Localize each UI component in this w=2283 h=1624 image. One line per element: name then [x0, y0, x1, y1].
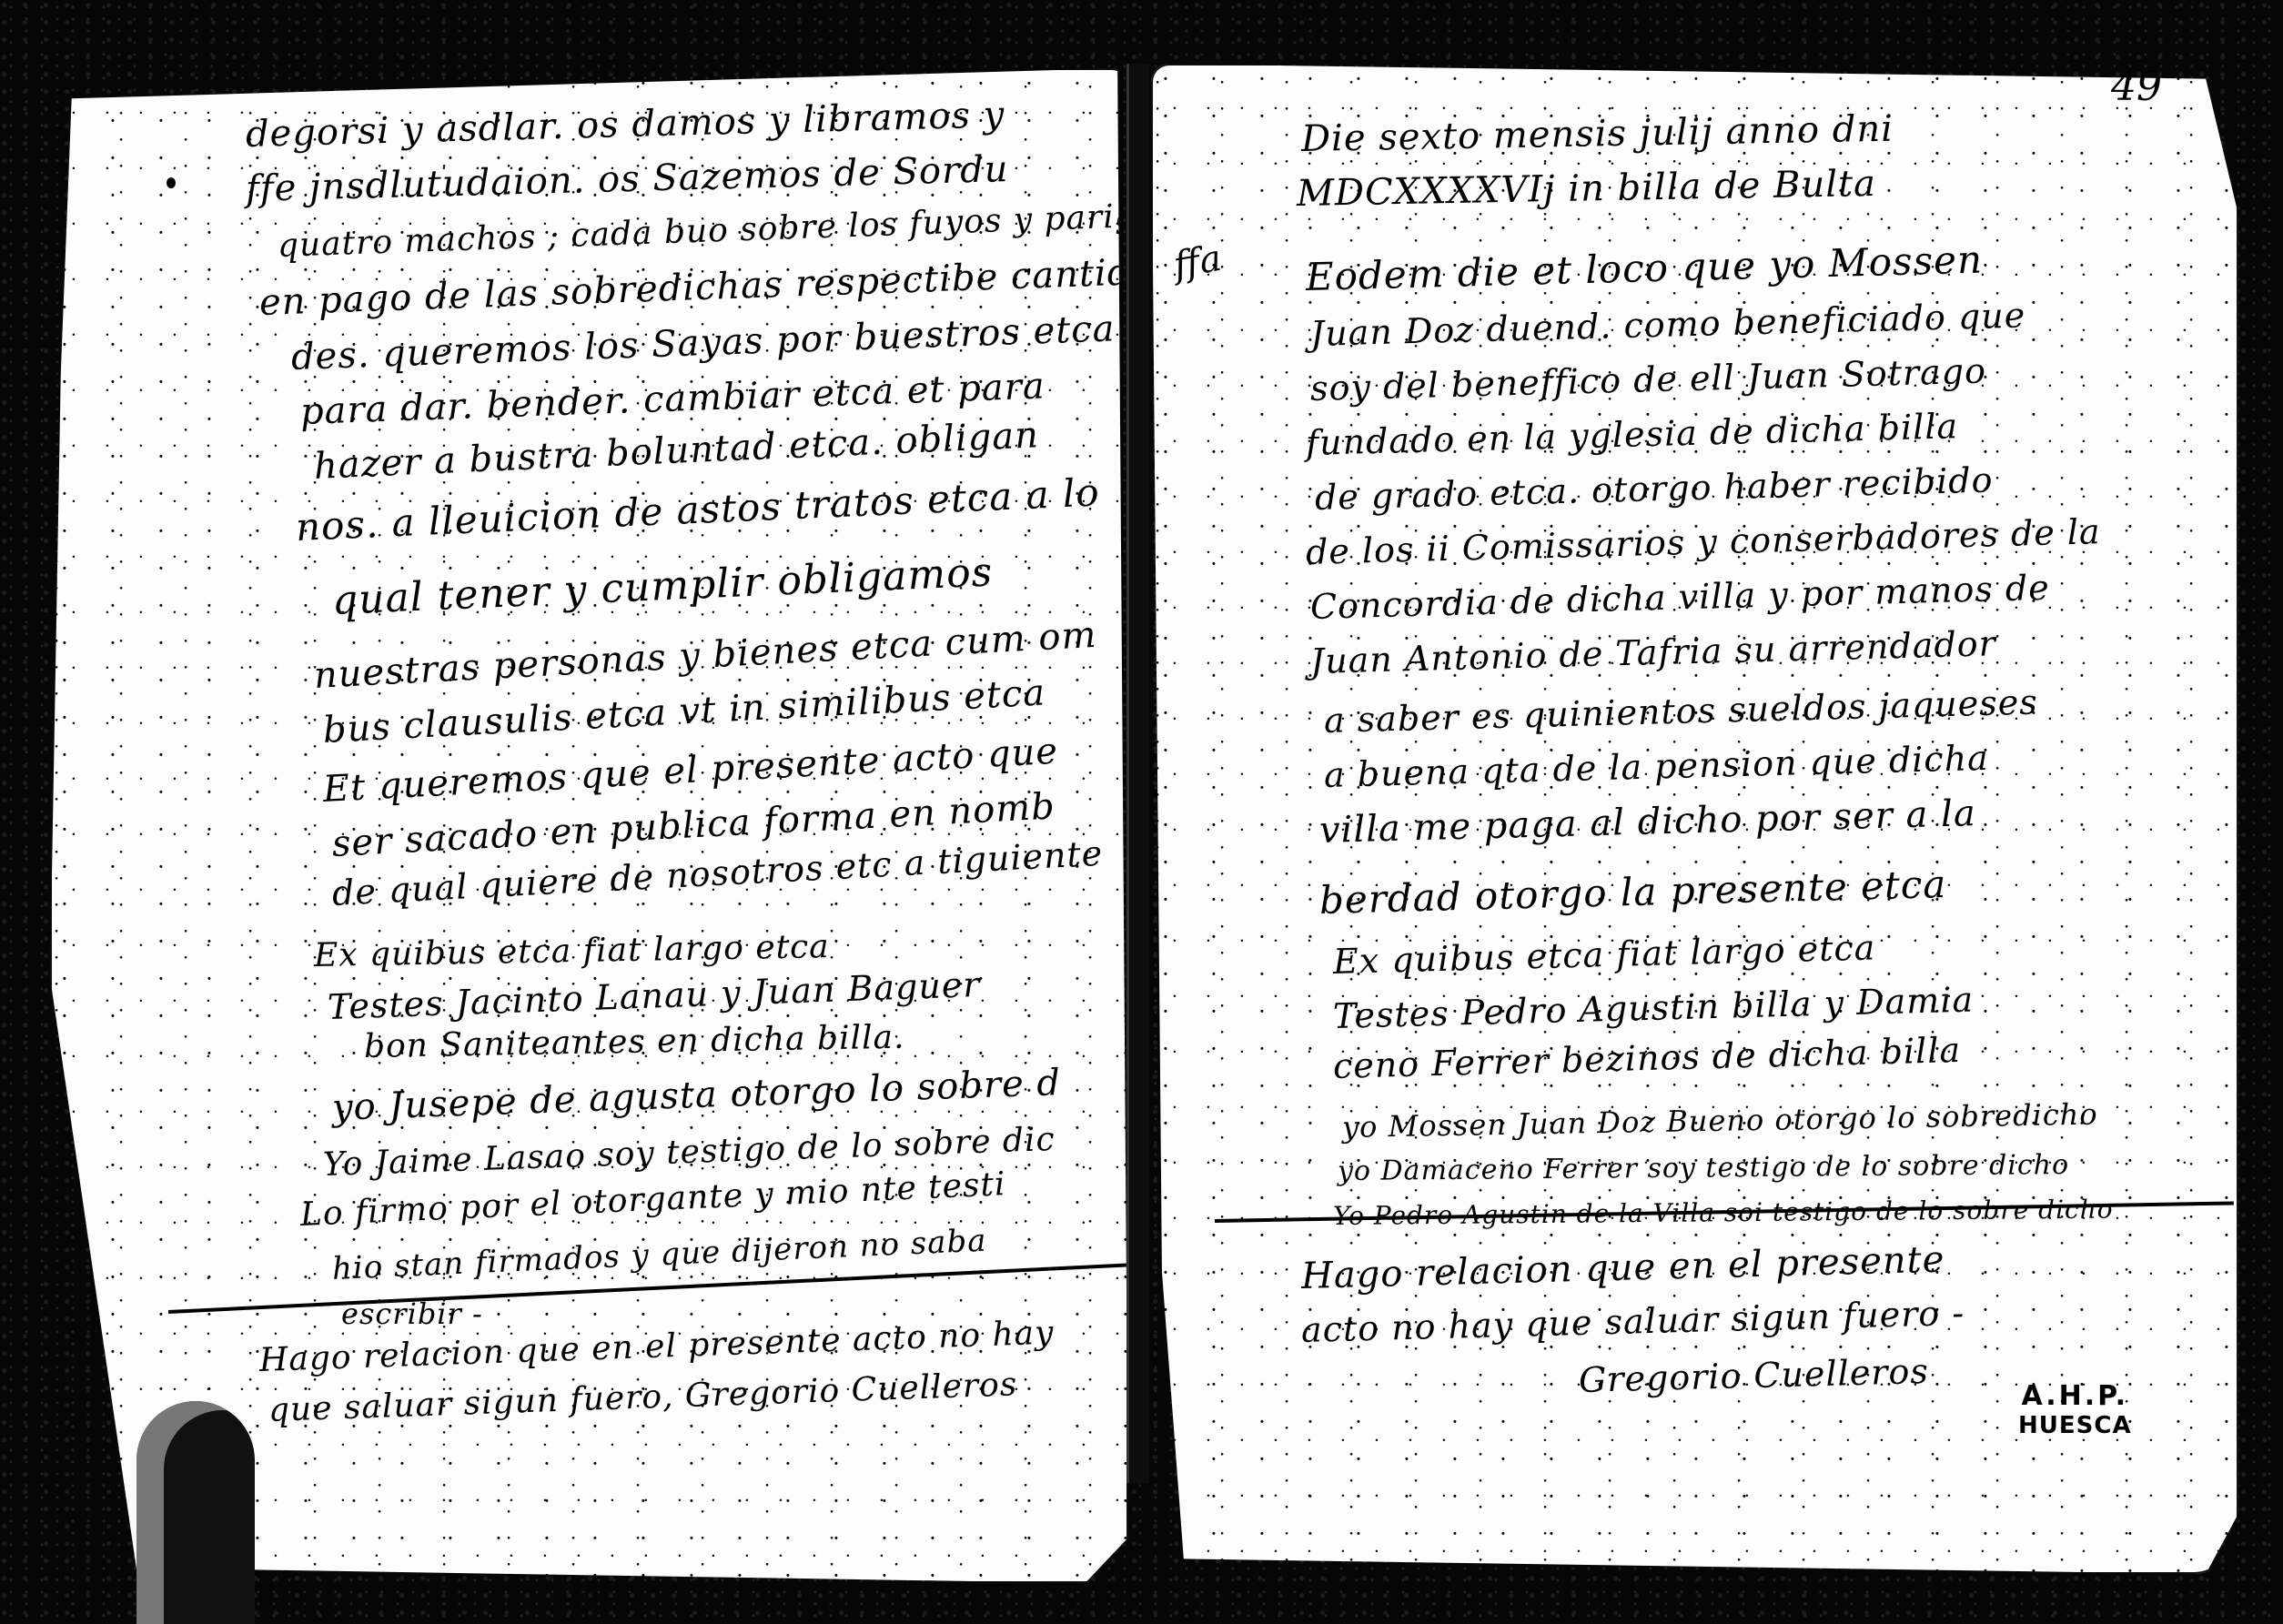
right-line: a buena qta de la pension que dicha [1323, 738, 1989, 795]
left-line: que saluar sigun fuero, Gregorio Cueller… [268, 1366, 1018, 1429]
left-page: degorsi y asdlar. os damos y libramos y … [50, 68, 1128, 1583]
right-line: MDCXXXXVIj in billa de Bulta [1297, 163, 1877, 215]
right-line: soy del beneffico de ell Juan Sotrago [1309, 351, 1986, 409]
right-line: berdad otorgo la presente etca [1318, 862, 1947, 923]
page-corner-fold [136, 1401, 255, 1624]
right-line: villa me paga al dicho por ser a la [1318, 792, 1976, 852]
right-line: acto no hay que saluar sigun fuero - [1300, 1293, 1965, 1350]
left-line: degorsi y asdlar. os damos y libramos y [245, 94, 1005, 156]
folio-number: 49 [2111, 64, 2162, 110]
book-spine [1126, 64, 1149, 1483]
margin-annotation: ffa [1170, 237, 1224, 287]
stamp-line-2: HUESCA [2018, 1413, 2132, 1440]
left-line: ffe jnsdlutudaion. os Sazemos de Sordu [245, 148, 1009, 210]
right-line: Eodem die et loco que yo Mossen [1305, 237, 1983, 299]
right-line: Hago relacion que en el presente [1300, 1238, 1945, 1297]
right-page-text: Die sexto mensis julij anno dni MDCXXXXV… [1151, 64, 2238, 1574]
left-line: Ex quibus etca fiat largo etca [314, 928, 830, 974]
right-line: a saber es quinientos sueldos jaqueses [1323, 681, 2038, 741]
right-line: de los ii Comissarios y conserbadores de… [1305, 511, 2101, 572]
right-line: ceno Ferrer bezinos de dicha billa [1332, 1030, 1961, 1086]
right-line: Ex quibus etca fiat largo etca [1332, 927, 1875, 982]
right-line: Gregorio Cuelleros [1578, 1351, 1929, 1400]
left-line: yo Jusepe de agusta otorgo lo sobre d [331, 1062, 1062, 1129]
right-line: yo Damaceno Ferrer soy testigo de lo sob… [1338, 1149, 2069, 1187]
left-line: bon Saniteantes en dicha billa. [364, 1019, 905, 1065]
right-page: Die sexto mensis julij anno dni MDCXXXXV… [1151, 64, 2238, 1574]
right-line: yo Mossen Juan Doz Bueno otorgo lo sobre… [1342, 1097, 2098, 1145]
left-line: Testes Jacinto Lanau y Juan Baguer [327, 964, 981, 1027]
right-line: Juan Antonio de Tafria su arrendador [1309, 623, 1996, 681]
right-line: Testes Pedro Agustin billa y Damia [1332, 980, 1974, 1036]
right-line: Juan Doz duend. como beneficiado que [1309, 295, 2025, 354]
archive-stamp: A.H.P. HUESCA [2018, 1381, 2132, 1439]
ink-dot [167, 177, 176, 188]
right-line: fundado en la yglesia de dicha billa [1305, 406, 1958, 463]
left-line: qual tener y cumplir obligamos [331, 549, 994, 624]
left-page-text: degorsi y asdlar. os damos y libramos y … [50, 68, 1128, 1583]
right-line: de grado etca. otorgo haber recibido [1314, 459, 1994, 518]
stamp-line-1: A.H.P. [2018, 1381, 2132, 1413]
right-line: Die sexto mensis julij anno dni [1301, 108, 1894, 160]
right-line: Concordia de dicha villa y por manos de [1309, 568, 2050, 627]
left-line: quatro machos ; cada buo sobre los fuyos… [277, 197, 1136, 265]
